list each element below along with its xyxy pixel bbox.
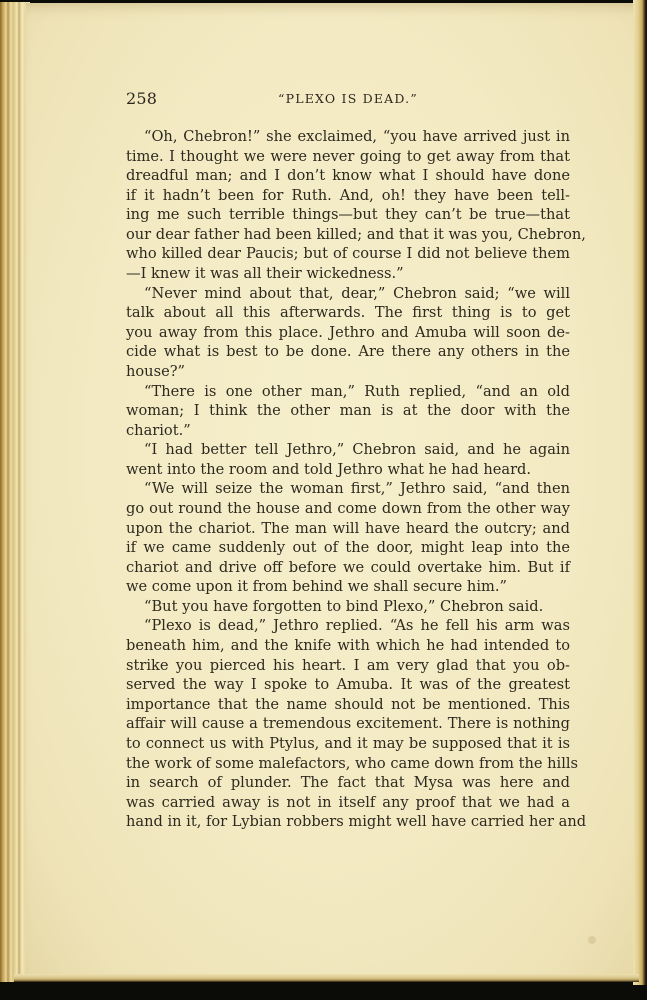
text-line: upon the chariot. The man will have hear… xyxy=(126,519,570,539)
text-line: “We will seize the woman first,” Jethro … xyxy=(126,479,570,499)
text-line: strike you pierced his heart. I am very … xyxy=(126,656,570,676)
text-line: affair will cause a tremendous excitemen… xyxy=(126,714,570,734)
text-line: if we came suddenly out of the door, mig… xyxy=(126,538,570,558)
text-line: “Plexo is dead,” Jethro replied. “As he … xyxy=(126,616,570,636)
text-line: was carried away is not in itself any pr… xyxy=(126,793,570,813)
page-stack-bottom-edge xyxy=(14,974,639,982)
text-line: our dear father had been killed; and tha… xyxy=(126,225,570,245)
running-head: 258 “PLEXO IS DEAD.” xyxy=(126,89,570,111)
running-title: “PLEXO IS DEAD.” xyxy=(126,91,570,106)
text-line: go out round the house and come down fro… xyxy=(126,499,570,519)
paper-spot xyxy=(588,936,596,944)
text-line: chariot and drive off before we could ov… xyxy=(126,558,570,578)
text-line: you away from this place. Jethro and Amu… xyxy=(126,323,570,343)
text-line: hand in it, for Lybian robbers might wel… xyxy=(126,812,570,832)
text-line: we come upon it from behind we shall sec… xyxy=(126,577,570,597)
text-line: house?” xyxy=(126,362,570,382)
text-line: the work of some malefactors, who came d… xyxy=(126,754,570,774)
text-line: —I knew it was all their wickedness.” xyxy=(126,264,570,284)
text-line: who killed dear Paucis; but of course I … xyxy=(126,244,570,264)
text-line: in search of plunder. The fact that Mysa… xyxy=(126,773,570,793)
text-line: dreadful man; and I don’t know what I sh… xyxy=(126,166,570,186)
text-line: beneath him, and the knife with which he… xyxy=(126,636,570,656)
text-line: woman; I think the other man is at the d… xyxy=(126,401,570,421)
text-line: chariot.” xyxy=(126,421,570,441)
text-line: if it hadn’t been for Ruth. And, oh! the… xyxy=(126,186,570,206)
text-line: went into the room and told Jethro what … xyxy=(126,460,570,480)
body-text: “Oh, Chebron!” she exclaimed, “you have … xyxy=(126,127,570,832)
text-line: “Never mind about that, dear,” Chebron s… xyxy=(126,284,570,304)
scanned-book-page: 258 “PLEXO IS DEAD.” “Oh, Chebron!” she … xyxy=(0,0,647,1000)
text-line: served the way I spoke to Amuba. It was … xyxy=(126,675,570,695)
text-line: “But you have forgotten to bind Plexo,” … xyxy=(126,597,570,617)
text-line: “There is one other man,” Ruth replied, … xyxy=(126,382,570,402)
text-line: time. I thought we were never going to g… xyxy=(126,147,570,167)
text-line: “Oh, Chebron!” she exclaimed, “you have … xyxy=(126,127,570,147)
text-line: importance that the name should not be m… xyxy=(126,695,570,715)
text-line: “I had better tell Jethro,” Chebron said… xyxy=(126,440,570,460)
page-stack-right-edge xyxy=(633,0,647,985)
text-line: cide what is best to be done. Are there … xyxy=(126,342,570,362)
text-line: talk about all this afterwards. The firs… xyxy=(126,303,570,323)
text-line: to connect us with Ptylus, and it may be… xyxy=(126,734,570,754)
text-line: ing me such terrible things—but they can… xyxy=(126,205,570,225)
